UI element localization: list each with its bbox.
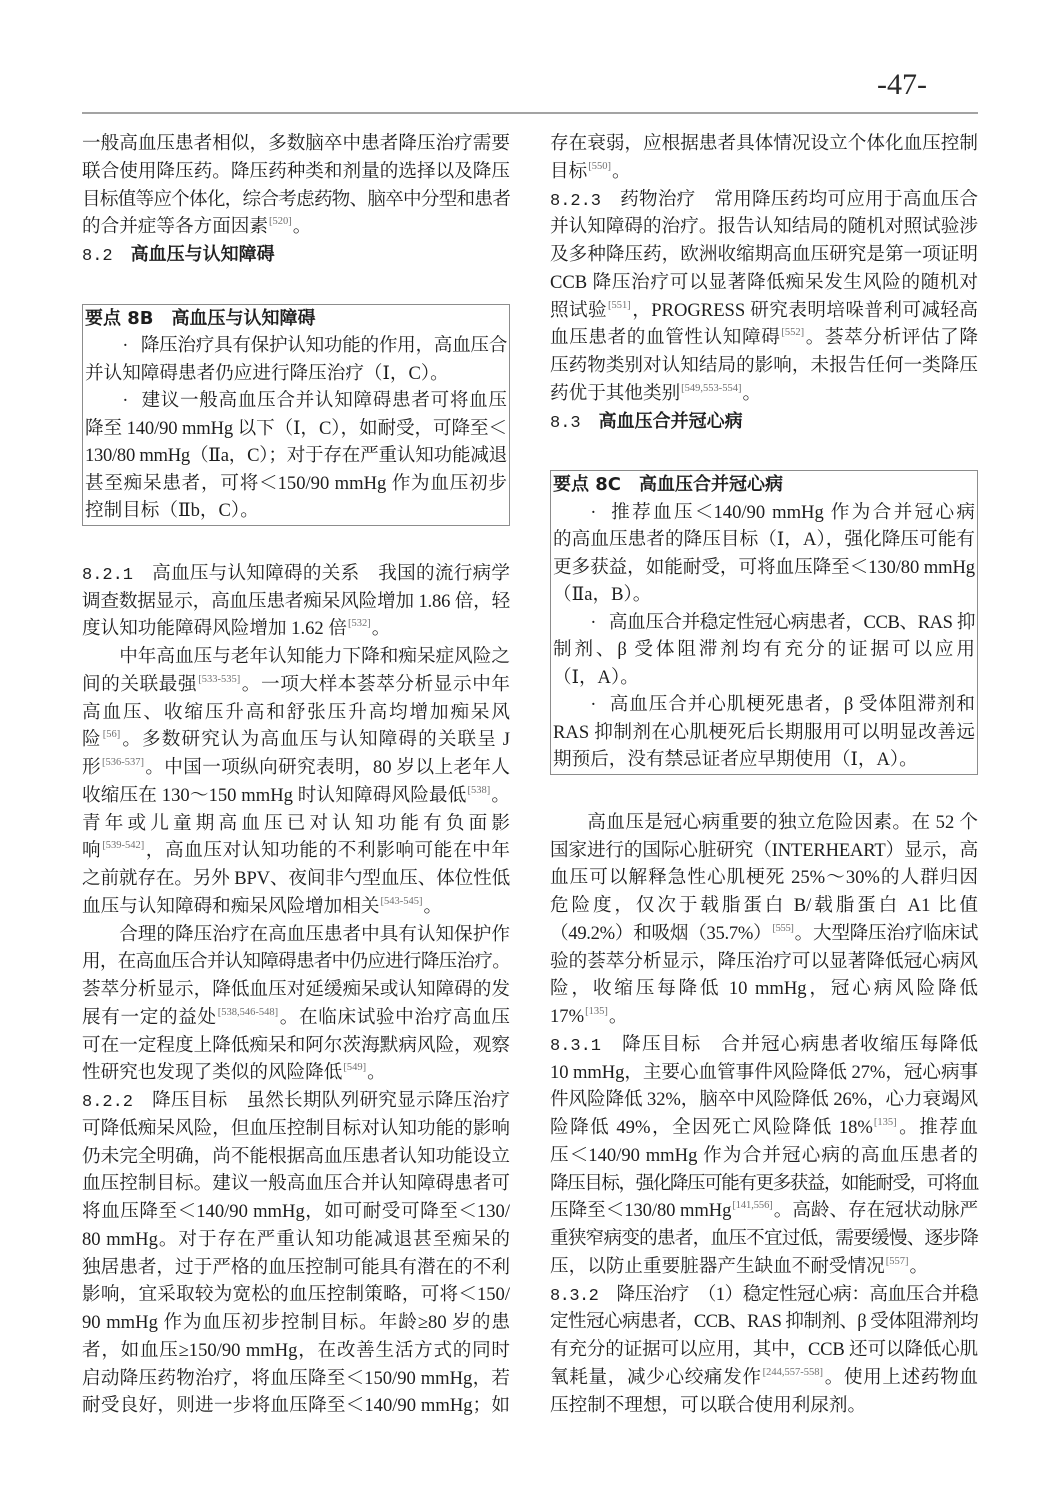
- text-line: 8.3.2 降压治疗 （1）稳定性冠心病：高血压合并稳: [550, 1281, 978, 1309]
- text-run: 荟萃分析显示，降低血压对延缓痴呆或认知障碍的发: [82, 979, 510, 1000]
- text-line: （Ⅱa，B）。: [553, 581, 975, 609]
- text-line: 血压控制目标。建议一般高血压合并认知障碍患者可: [82, 1170, 510, 1198]
- key-points-box: 要点 8B高血压与认知障碍·降压治疗具有保护认知功能的作用，高血压合并认知障碍患…: [82, 304, 510, 526]
- text-line: 血压患者的血管性认知障碍[552]。荟萃分析评估了降: [550, 324, 978, 352]
- text-run: 响: [82, 840, 101, 861]
- citation-ref: [557]: [885, 1256, 910, 1267]
- section-number: 8.2: [82, 247, 113, 266]
- text-run: 耐受良好，则进一步将血压降至＜140/90 mmHg；如: [82, 1395, 510, 1416]
- text-run: 目标: [550, 161, 587, 182]
- text-run: 。在临床试验中治疗高血压: [279, 1007, 510, 1028]
- text-line: （Ⅰ，A）。: [553, 664, 975, 692]
- text-line: 影响，宜采取较为宽松的血压控制策略，可将＜150/: [82, 1281, 510, 1309]
- text-line: 调查数据显示，高血压患者痴呆风险增加 1.86 倍，轻: [82, 588, 510, 616]
- text-line: 可在一定程度上降低痴呆和阿尔茨海默病风险，观察: [82, 1032, 510, 1060]
- text-line: 制剂、β 受体阻滞剂均有充分的证据可以应用: [553, 636, 975, 664]
- text-run: [601, 189, 620, 210]
- citation-ref: [549,553-554]: [680, 383, 742, 394]
- text-run: 建议一般高血压合并认知障碍患者可将血压: [141, 390, 507, 411]
- paragraph: 8.3.2 降压治疗 （1）稳定性冠心病：高血压合并稳定性冠心病患者，CCB、R…: [550, 1281, 978, 1420]
- text-line: 验的荟萃分析显示，降压治疗可以显著降低冠心病风: [550, 948, 978, 976]
- text-run: 度认知功能障碍风险增加 1.62 倍: [82, 618, 347, 639]
- text-run: 氧耗量，减少心绞痛发作: [550, 1367, 762, 1388]
- text-line: （49.2%）和吸烟（35.7%）[555]。大型降压治疗临床试: [550, 920, 978, 948]
- section-heading: 8.2 高血压与认知障碍: [82, 241, 510, 269]
- text-run: 并认知障碍患者仍应进行降压治疗（Ⅰ，C）。: [85, 363, 449, 384]
- text-run: 用，在高血压合并认知障碍患者中仍应进行降压治疗。: [82, 951, 510, 972]
- text-line: 有充分的证据可以应用，其中，CCB 还可以降低心肌: [550, 1336, 978, 1364]
- text-line: 血压可以解释急性心肌梗死 25%～30%的人群归因: [550, 864, 978, 892]
- text-line: 险降低 49%，全因死亡风险降低 18%[135]。推荐血: [550, 1114, 978, 1142]
- text-run: 控制目标（Ⅱb，C）。: [85, 500, 259, 521]
- text-run: 重狭窄病变的患者，血压不宜过低，需要缓慢、逐步降: [550, 1228, 978, 1249]
- citation-ref: [549]: [342, 1062, 367, 1073]
- citation-ref: [543-545]: [380, 896, 424, 907]
- text-run: 高血压与认知障碍: [113, 244, 275, 265]
- text-line: 用，在高血压合并认知障碍患者中仍应进行降压治疗。: [82, 948, 510, 976]
- text-line: 8.3 高血压合并冠心病: [550, 408, 978, 436]
- bullet-icon: ·: [590, 691, 609, 719]
- text-run: 降至 140/90 mmHg 以下（Ⅰ，C），如耐受，可降至＜: [85, 418, 507, 439]
- subsection-title: 降压治疗: [616, 1284, 688, 1305]
- text-run: 降压治疗具有保护认知功能的作用，高血压合: [141, 335, 507, 356]
- text-run: 者，如血压≥150/90 mmHg，在改善生活方式的同时: [82, 1340, 510, 1361]
- text-run: 之前就存在。另外 BPV、夜间非勺型血压、体位性低: [82, 868, 510, 889]
- text-line: 90 mmHg 作为血压初步控制目标。年龄≥80 岁的患: [82, 1309, 510, 1337]
- subsection-title: 药物治疗: [620, 189, 695, 210]
- text-run: 及多种降压药，欧洲收缩期高血压研究是第一项证明: [550, 244, 978, 265]
- text-run: 有充分的证据可以应用，其中，CCB 还可以降低心肌: [550, 1339, 978, 1360]
- text-run: 更多获益，如能耐受，可将血压降至＜130/80 mmHg: [553, 557, 975, 578]
- text-line: 降至 140/90 mmHg 以下（Ⅰ，C），如耐受，可降至＜: [85, 415, 507, 443]
- text-run: 推荐血压＜140/90 mmHg 作为合并冠心病: [609, 502, 975, 523]
- text-line: 甚至痴呆患者，可将＜150/90 mmHg 作为血压初步: [85, 470, 507, 498]
- key-point-item: ·推荐血压＜140/90 mmHg 作为合并冠心病的高血压患者的降压目标（Ⅰ，A…: [553, 499, 975, 609]
- text-line: RAS 抑制剂在心肌梗死后长期服用可以明显改善远: [553, 719, 975, 747]
- paragraph: 8.2.1 高血压与认知障碍的关系 我国的流行病学调查数据显示，高血压患者痴呆风…: [82, 560, 510, 643]
- text-run: 血压患者的血管性认知障碍: [550, 327, 780, 348]
- text-line: 之前就存在。另外 BPV、夜间非勺型血压、体位性低: [82, 865, 510, 893]
- text-run: 。: [909, 1256, 928, 1277]
- text-run: 验的荟萃分析显示，降压治疗可以显著降低冠心病风: [550, 951, 978, 972]
- text-run: 。推荐血: [898, 1117, 978, 1138]
- citation-ref: [551]: [607, 300, 632, 311]
- text-run: 性研究也发现了类似的风险降低: [82, 1062, 342, 1083]
- text-run: ，高血压对认知功能的不利影响可能在中年: [145, 840, 510, 861]
- key-point-item: ·建议一般高血压合并认知障碍患者可将血压降至 140/90 mmHg 以下（Ⅰ，…: [85, 387, 507, 525]
- text-line: 定性冠心病患者，CCB、RAS 抑制剂、β 受体阻滞剂均: [550, 1308, 978, 1336]
- paragraph: 8.2.3 药物治疗 常用降压药均可应用于高血压合并认知障碍的治疗。报告认知结局…: [550, 186, 978, 408]
- text-run: 10 mmHg，主要心血管事件风险降低 27%，冠心病事: [550, 1062, 978, 1083]
- citation-ref: [538]: [466, 785, 491, 796]
- section-number: 8.2.3: [550, 192, 601, 211]
- document-page: -47- 一般高血压患者相似，多数脑卒中患者降压治疗需要联合使用降压药。降压药种…: [0, 0, 1061, 1500]
- text-line: 收缩压在 130～150 mmHg 时认知障碍风险最低[538]。: [82, 782, 510, 810]
- text-line: 间的关联最强[533-535]。一项大样本荟萃分析显示中年: [82, 671, 510, 699]
- text-line: 仍未完全明确，尚不能根据高血压患者认知功能设立: [82, 1143, 510, 1171]
- text-line: 险，收缩压每降低 10 mmHg，冠心病风险降低: [550, 975, 978, 1003]
- text-line: 响[539-542]，高血压对认知功能的不利影响可能在中年: [82, 837, 510, 865]
- text-run: 130/80 mmHg（Ⅱa，C）；对于存在严重认知功能减退: [85, 445, 507, 466]
- key-points-heading: 高血压与认知障碍: [172, 308, 316, 329]
- citation-ref: [56]: [102, 729, 122, 740]
- citation-ref: [552]: [780, 327, 805, 338]
- text-line: 130/80 mmHg（Ⅱa，C）；对于存在严重认知功能减退: [85, 442, 507, 470]
- text-line: 重狭窄病变的患者，血压不宜过低，需要缓慢、逐步降: [550, 1225, 978, 1253]
- text-line: 药优于其他类别[549,553-554]。: [550, 380, 978, 408]
- page-number: -47-: [877, 68, 927, 102]
- text-line: 高血压、收缩压升高和舒张压升高均增加痴呆风: [82, 699, 510, 727]
- text-run: 高血压合并心肌梗死患者，β 受体阻滞剂和: [609, 694, 975, 715]
- text-line: 压＜140/90 mmHg 作为合并冠心病的高血压患者的: [550, 1142, 978, 1170]
- text-run: 高血压合并稳定性冠心病患者，CCB、RAS 抑: [609, 612, 975, 633]
- key-points-title: 要点 8B高血压与认知障碍: [85, 305, 507, 333]
- text-line: 中年高血压与老年认知能力下降和痴呆症风险之: [82, 643, 510, 671]
- section-number: 8.3.2: [550, 1287, 598, 1306]
- text-line: 目标[550]。: [550, 158, 978, 186]
- citation-ref: [141,556]: [731, 1200, 773, 1211]
- text-run: 。多数研究认为高血压与认知障碍的关联呈 J: [121, 729, 510, 750]
- text-line: 存在衰弱，应根据患者具体情况设立个体化血压控制: [550, 130, 978, 158]
- text-line: 控制目标（Ⅱb，C）。: [85, 497, 507, 525]
- text-run: 合理的降压治疗在高血压患者中具有认知保护作: [119, 924, 510, 945]
- text-run: 期预后，没有禁忌证者应早期使用（Ⅰ，A）。: [553, 749, 918, 770]
- text-run: 制剂、β 受体阻滞剂均有充分的证据可以应用: [553, 639, 975, 660]
- text-run: 收缩压在 130～150 mmHg 时认知障碍风险最低: [82, 785, 466, 806]
- text-run: 高血压是冠心病重要的独立危险因素。在 52 个: [587, 812, 978, 833]
- text-line: 8.2 高血压与认知障碍: [82, 241, 510, 269]
- text-run: 我国的流行病学: [359, 563, 510, 584]
- section-number: 8.2.2: [82, 1093, 133, 1112]
- text-run: （Ⅱa，B）。: [553, 584, 651, 605]
- text-run: 药优于其他类别: [550, 383, 680, 404]
- text-run: 高血压合并冠心病: [581, 411, 743, 432]
- text-run: 。使用上述药物血: [824, 1367, 978, 1388]
- left-column: 一般高血压患者相似，多数脑卒中患者降压治疗需要联合使用降压药。降压药种类和剂量的…: [82, 130, 510, 1420]
- text-line: 压控制不理想，可以联合使用利尿剂。: [550, 1392, 978, 1420]
- key-points-box: 要点 8C高血压合并冠心病·推荐血压＜140/90 mmHg 作为合并冠心病的高…: [550, 470, 978, 775]
- text-run: 调查数据显示，高血压患者痴呆风险增加 1.86 倍，轻: [82, 591, 510, 612]
- section-number: 8.3: [550, 414, 581, 433]
- text-run: 形: [82, 757, 101, 778]
- subsection-title: 降压目标: [152, 1090, 227, 1111]
- paragraph: 8.2.2 降压目标 虽然长期队列研究显示降压治疗可降低痴呆风险，但血压控制目标…: [82, 1087, 510, 1420]
- text-line: 8.3.1 降压目标 合并冠心病患者收缩压每降低: [550, 1031, 978, 1059]
- text-line: 一般高血压患者相似，多数脑卒中患者降压治疗需要: [82, 130, 510, 158]
- citation-ref: [536-537]: [101, 757, 145, 768]
- text-run: 降压目标，强化降压可能有更多获益，如能耐受，可将血: [550, 1173, 978, 1194]
- text-run: 将血压降至＜140/90 mmHg，如可耐受可降至＜130/: [82, 1201, 510, 1222]
- text-run: 的合并症等各方面因素: [82, 216, 268, 237]
- text-line: 危险度，仅次于载脂蛋白 B/载脂蛋白 A1 比值: [550, 892, 978, 920]
- text-run: 的高血压患者的降压目标（Ⅰ，A），强化降压可能有: [553, 529, 975, 550]
- text-run: 定性冠心病患者，CCB、RAS 抑制剂、β 受体阻滞剂均: [550, 1311, 978, 1332]
- text-run: 血压控制目标。建议一般高血压合并认知障碍患者可: [82, 1173, 510, 1194]
- text-line: 8.2.1 高血压与认知障碍的关系 我国的流行病学: [82, 560, 510, 588]
- bullet-icon: ·: [590, 499, 609, 527]
- text-run: [133, 563, 152, 584]
- text-run: 。: [293, 216, 312, 237]
- text-run: 。荟萃分析评估了降: [805, 327, 978, 348]
- text-run: CCB 降压治疗可以显著降低痴呆发生风险的随机对: [550, 272, 978, 293]
- text-run: 。一项大样本荟萃分析显示中年: [241, 674, 510, 695]
- text-run: 展有一定的益处: [82, 1007, 217, 1028]
- text-line: 国家进行的国际心脏研究（INTERHEART）显示，高: [550, 837, 978, 865]
- key-point-item: ·高血压合并心肌梗死患者，β 受体阻滞剂和RAS 抑制剂在心肌梗死后长期服用可以…: [553, 691, 975, 774]
- text-line: 17%[135]。: [550, 1003, 978, 1031]
- text-line: 并认知障碍的治疗。报告认知结局的随机对照试验涉: [550, 213, 978, 241]
- paragraph: 存在衰弱，应根据患者具体情况设立个体化血压控制目标[550]。: [550, 130, 978, 186]
- paragraph: 中年高血压与老年认知能力下降和痴呆症风险之间的关联最强[533-535]。一项大…: [82, 643, 510, 921]
- text-run: 合并冠心病患者收缩压每降低: [701, 1034, 978, 1055]
- text-line: 可降低痴呆风险，但血压控制目标对认知功能的影响: [82, 1115, 510, 1143]
- text-run: 照试验: [550, 300, 607, 321]
- text-run: [598, 1284, 616, 1305]
- text-line: ·高血压合并心肌梗死患者，β 受体阻滞剂和: [553, 691, 975, 719]
- text-run: 险: [82, 729, 102, 750]
- text-run: 。: [367, 1062, 386, 1083]
- text-line: 件风险降低 32%，脑卒中风险降低 26%，心力衰竭风: [550, 1086, 978, 1114]
- text-run: 甚至痴呆患者，可将＜150/90 mmHg 作为血压初步: [85, 473, 507, 494]
- citation-ref: [135]: [873, 1117, 898, 1128]
- text-run: 。: [491, 785, 510, 806]
- citation-ref: [520]: [268, 216, 293, 227]
- text-run: 。: [743, 383, 762, 404]
- citation-ref: [539-542]: [101, 840, 145, 851]
- subsection-title: 高血压与认知障碍的关系: [152, 563, 359, 584]
- text-line: 联合使用降压药。降压药种类和剂量的选择以及降压: [82, 158, 510, 186]
- text-run: 险降低 49%，全因死亡风险降低 18%: [550, 1117, 873, 1138]
- section-number: 8.3.1: [550, 1037, 601, 1056]
- text-run: 压控制不理想，可以联合使用利尿剂。: [550, 1395, 866, 1416]
- text-run: 可降低痴呆风险，但血压控制目标对认知功能的影响: [82, 1118, 510, 1139]
- section-number: 8.2.1: [82, 566, 133, 585]
- text-run: 压＜140/90 mmHg 作为合并冠心病的高血压患者的: [550, 1145, 978, 1166]
- text-run: ，PROGRESS 研究表明培哚普利可减轻高: [632, 300, 978, 321]
- citation-ref: [555]: [771, 923, 794, 934]
- text-line: 照试验[551]，PROGRESS 研究表明培哚普利可减轻高: [550, 297, 978, 325]
- text-line: 合理的降压治疗在高血压患者中具有认知保护作: [82, 921, 510, 949]
- text-line: 8.2.2 降压目标 虽然长期队列研究显示降压治疗: [82, 1087, 510, 1115]
- text-run: 虽然长期队列研究显示降压治疗: [228, 1090, 510, 1111]
- text-line: 及多种降压药，欧洲收缩期高血压研究是第一项证明: [550, 241, 978, 269]
- text-line: 将血压降至＜140/90 mmHg，如可耐受可降至＜130/: [82, 1198, 510, 1226]
- right-column: 存在衰弱，应根据患者具体情况设立个体化血压控制目标[550]。8.2.3 药物治…: [550, 130, 978, 1419]
- key-points-label: 要点 8B: [85, 308, 154, 329]
- text-line: 的高血压患者的降压目标（Ⅰ，A），强化降压可能有: [553, 526, 975, 554]
- citation-ref: [550]: [587, 161, 612, 172]
- text-line: 10 mmHg，主要心血管事件风险降低 27%，冠心病事: [550, 1059, 978, 1087]
- citation-ref: [244,557-558]: [762, 1367, 824, 1378]
- subsection-title: 降压目标: [622, 1034, 701, 1055]
- text-run: 常用降压药均可应用于高血压合: [696, 189, 978, 210]
- text-line: 并认知障碍患者仍应进行降压治疗（Ⅰ，C）。: [85, 360, 507, 388]
- text-run: 独居患者，过于严格的血压控制可能具有潜在的不利: [82, 1257, 510, 1278]
- text-line: ·高血压合并稳定性冠心病患者，CCB、RAS 抑: [553, 609, 975, 637]
- header-rule: [82, 112, 978, 114]
- text-run: [601, 1034, 622, 1055]
- text-run: 联合使用降压药。降压药种类和剂量的选择以及降压: [82, 161, 510, 182]
- paragraph: 合理的降压治疗在高血压患者中具有认知保护作用，在高血压合并认知障碍患者中仍应进行…: [82, 921, 510, 1088]
- text-run: 。: [372, 618, 391, 639]
- text-line: 氧耗量，减少心绞痛发作[244,557-558]。使用上述药物血: [550, 1364, 978, 1392]
- paragraph: 8.3.1 降压目标 合并冠心病患者收缩压每降低10 mmHg，主要心血管事件风…: [550, 1031, 978, 1281]
- text-run: 压，以防止重要脏器产生缺血不耐受情况: [550, 1256, 885, 1277]
- text-run: 。: [424, 896, 443, 917]
- text-run: 仍未完全明确，尚不能根据高血压患者认知功能设立: [82, 1146, 510, 1167]
- paragraph: 高血压是冠心病重要的独立危险因素。在 52 个国家进行的国际心脏研究（INTER…: [550, 809, 978, 1031]
- text-line: 80 mmHg。对于存在严重认知功能减退甚至痴呆的: [82, 1226, 510, 1254]
- key-points-title: 要点 8C高血压合并冠心病: [553, 471, 975, 499]
- text-run: 血压与认知障碍和痴呆风险增加相关: [82, 896, 380, 917]
- text-line: 度认知功能障碍风险增加 1.62 倍[532]。: [82, 615, 510, 643]
- text-run: 。: [612, 161, 631, 182]
- text-line: ·降压治疗具有保护认知功能的作用，高血压合: [85, 332, 507, 360]
- text-line: 目标值等应个体化，综合考虑药物、脑卒中分型和患者: [82, 186, 510, 214]
- text-run: 。中国一项纵向研究表明，80 岁以上老年人: [145, 757, 510, 778]
- text-run: RAS 抑制剂在心肌梗死后长期服用可以明显改善远: [553, 722, 975, 743]
- text-line: CCB 降压治疗可以显著降低痴呆发生风险的随机对: [550, 269, 978, 297]
- citation-ref: [533-535]: [197, 674, 241, 685]
- text-run: 中年高血压与老年认知能力下降和痴呆症风险之: [119, 646, 510, 667]
- text-line: 青年或儿童期高血压已对认知功能有负面影: [82, 810, 510, 838]
- text-line: 压降至＜130/80 mmHg[141,556]。高龄、存在冠状动脉严: [550, 1197, 978, 1225]
- text-line: 更多获益，如能耐受，可将血压降至＜130/80 mmHg: [553, 554, 975, 582]
- paragraph: 一般高血压患者相似，多数脑卒中患者降压治疗需要联合使用降压药。降压药种类和剂量的…: [82, 130, 510, 241]
- section-heading: 8.3 高血压合并冠心病: [550, 408, 978, 436]
- text-line: 高血压是冠心病重要的独立危险因素。在 52 个: [550, 809, 978, 837]
- text-line: 荟萃分析显示，降低血压对延缓痴呆或认知障碍的发: [82, 976, 510, 1004]
- citation-ref: [532]: [347, 618, 372, 629]
- text-run: 启动降压药物治疗，将血压降至＜150/90 mmHg，若: [82, 1368, 510, 1389]
- text-run: 一般高血压患者相似，多数脑卒中患者降压治疗需要: [82, 133, 510, 154]
- text-run: 。大型降压治疗临床试: [795, 923, 978, 944]
- text-run: 间的关联最强: [82, 674, 197, 695]
- key-points-label: 要点 8C: [553, 474, 621, 495]
- bullet-icon: ·: [590, 609, 609, 637]
- text-line: 独居患者，过于严格的血压控制可能具有潜在的不利: [82, 1254, 510, 1282]
- text-line: 展有一定的益处[538,546-548]。在临床试验中治疗高血压: [82, 1004, 510, 1032]
- key-points-heading: 高血压合并冠心病: [639, 474, 783, 495]
- text-run: 存在衰弱，应根据患者具体情况设立个体化血压控制: [550, 133, 978, 154]
- citation-ref: [538,546-548]: [217, 1007, 279, 1018]
- key-point-item: ·高血压合并稳定性冠心病患者，CCB、RAS 抑制剂、β 受体阻滞剂均有充分的证…: [553, 609, 975, 692]
- text-run: 目标值等应个体化，综合考虑药物、脑卒中分型和患者: [82, 189, 510, 210]
- text-run: 17%: [550, 1006, 584, 1027]
- text-run: 90 mmHg 作为血压初步控制目标。年龄≥80 岁的患: [82, 1312, 510, 1333]
- citation-ref: [135]: [584, 1006, 609, 1017]
- bullet-icon: ·: [122, 332, 141, 360]
- bullet-icon: ·: [122, 387, 141, 415]
- text-line: 压，以防止重要脏器产生缺血不耐受情况[557]。: [550, 1253, 978, 1281]
- text-run: 。高龄、存在冠状动脉严: [774, 1200, 978, 1221]
- text-run: 并认知障碍的治疗。报告认知结局的随机对照试验涉: [550, 216, 978, 237]
- text-line: 的合并症等各方面因素[520]。: [82, 213, 510, 241]
- text-run: 压药物类别对认知结局的影响，未报告任何一类降压: [550, 355, 978, 376]
- text-line: ·推荐血压＜140/90 mmHg 作为合并冠心病: [553, 499, 975, 527]
- text-line: 形[536-537]。中国一项纵向研究表明，80 岁以上老年人: [82, 754, 510, 782]
- text-run: 高血压、收缩压升高和舒张压升高均增加痴呆风: [82, 702, 510, 723]
- text-run: 危险度，仅次于载脂蛋白 B/载脂蛋白 A1 比值: [550, 895, 978, 916]
- text-line: 降压目标，强化降压可能有更多获益，如能耐受，可将血: [550, 1170, 978, 1198]
- text-line: 者，如血压≥150/90 mmHg，在改善生活方式的同时: [82, 1337, 510, 1365]
- text-run: 国家进行的国际心脏研究（INTERHEART）显示，高: [550, 840, 978, 861]
- text-run: 青年或儿童期高血压已对认知功能有负面影: [82, 813, 510, 834]
- text-line: 启动降压药物治疗，将血压降至＜150/90 mmHg，若: [82, 1365, 510, 1393]
- text-run: 80 mmHg。对于存在严重认知功能减退甚至痴呆的: [82, 1229, 510, 1250]
- text-line: 耐受良好，则进一步将血压降至＜140/90 mmHg；如: [82, 1392, 510, 1420]
- text-run: 。: [609, 1006, 628, 1027]
- text-run: （Ⅰ，A）。: [553, 667, 639, 688]
- text-run: 血压可以解释急性心肌梗死 25%～30%的人群归因: [550, 867, 978, 888]
- text-line: 8.2.3 药物治疗 常用降压药均可应用于高血压合: [550, 186, 978, 214]
- text-run: [133, 1090, 152, 1111]
- text-line: 期预后，没有禁忌证者应早期使用（Ⅰ，A）。: [553, 746, 975, 774]
- text-line: 压药物类别对认知结局的影响，未报告任何一类降压: [550, 352, 978, 380]
- text-run: （1）稳定性冠心病：高血压合并稳: [689, 1284, 978, 1305]
- text-run: 险，收缩压每降低 10 mmHg，冠心病风险降低: [550, 978, 978, 999]
- text-run: （49.2%）和吸烟（35.7%）: [550, 923, 771, 944]
- text-line: ·建议一般高血压合并认知障碍患者可将血压: [85, 387, 507, 415]
- text-run: 压降至＜130/80 mmHg: [550, 1200, 731, 1221]
- text-run: 影响，宜采取较为宽松的血压控制策略，可将＜150/: [82, 1284, 510, 1305]
- text-run: 件风险降低 32%，脑卒中风险降低 26%，心力衰竭风: [550, 1089, 978, 1110]
- text-line: 险[56]。多数研究认为高血压与认知障碍的关联呈 J: [82, 726, 510, 754]
- text-line: 性研究也发现了类似的风险降低[549]。: [82, 1059, 510, 1087]
- key-point-item: ·降压治疗具有保护认知功能的作用，高血压合并认知障碍患者仍应进行降压治疗（Ⅰ，C…: [85, 332, 507, 387]
- text-run: 可在一定程度上降低痴呆和阿尔茨海默病风险，观察: [82, 1035, 510, 1056]
- text-line: 血压与认知障碍和痴呆风险增加相关[543-545]。: [82, 893, 510, 921]
